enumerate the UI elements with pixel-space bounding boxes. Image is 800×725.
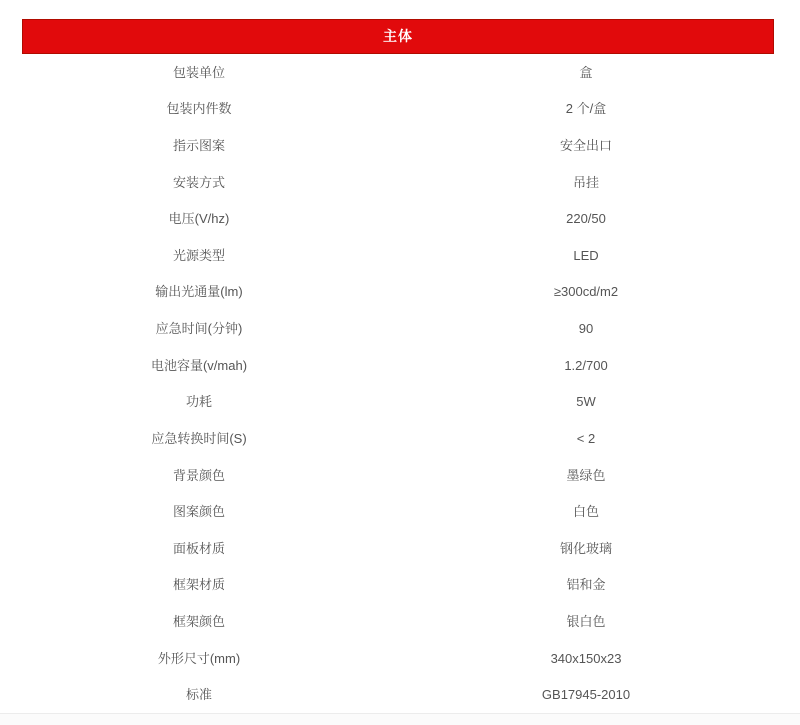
spec-label: 包装单位 [0, 66, 376, 79]
table-row: 包装单位盒 [0, 54, 800, 91]
spec-value: 1.2/700 [376, 359, 800, 372]
spec-value: 银白色 [376, 615, 800, 628]
spec-label: 框架颜色 [0, 615, 376, 628]
spec-label: 功耗 [0, 395, 376, 408]
spec-label: 安装方式 [0, 176, 376, 189]
spec-value: 盒 [376, 66, 800, 79]
spec-value: 340x150x23 [376, 652, 800, 665]
spec-label: 应急时间(分钟) [0, 322, 376, 335]
spec-value: 吊挂 [376, 176, 800, 189]
spec-label: 应急转换时间(S) [0, 432, 376, 445]
spec-value: ≥300cd/m2 [376, 285, 800, 298]
table-row: 输出光通量(lm)≥300cd/m2 [0, 274, 800, 311]
table-row: 框架颜色银白色 [0, 603, 800, 640]
section-header-banner: 主体 [22, 19, 774, 54]
spec-value: LED [376, 249, 800, 262]
table-row: 指示图案安全出口 [0, 127, 800, 164]
spec-label: 图案颜色 [0, 505, 376, 518]
spec-section: 主体 包装单位盒包装内件数2 个/盒指示图案安全出口安装方式吊挂电压(V/hz)… [0, 0, 800, 725]
spec-value: 铝和金 [376, 578, 800, 591]
spec-value: 220/50 [376, 212, 800, 225]
spec-value: 2 个/盒 [376, 102, 800, 115]
bottom-divider [0, 713, 800, 725]
table-row: 功耗5W [0, 383, 800, 420]
spec-value: 5W [376, 395, 800, 408]
table-row: 背景颜色墨绿色 [0, 457, 800, 494]
table-row: 应急转换时间(S)< 2 [0, 420, 800, 457]
spec-table: 包装单位盒包装内件数2 个/盒指示图案安全出口安装方式吊挂电压(V/hz)220… [0, 54, 800, 713]
table-row: 电压(V/hz)220/50 [0, 200, 800, 237]
table-row: 应急时间(分钟)90 [0, 310, 800, 347]
spec-label: 输出光通量(lm) [0, 285, 376, 298]
spec-label: 标准 [0, 688, 376, 701]
spec-label: 光源类型 [0, 249, 376, 262]
table-row: 安装方式吊挂 [0, 164, 800, 201]
table-row: 标准GB17945-2010 [0, 676, 800, 713]
table-row: 面板材质钢化玻璃 [0, 530, 800, 567]
spec-value: 安全出口 [376, 139, 800, 152]
spec-value: 白色 [376, 505, 800, 518]
table-row: 图案颜色白色 [0, 493, 800, 530]
spec-value: 墨绿色 [376, 469, 800, 482]
spec-value: 90 [376, 322, 800, 335]
spec-label: 面板材质 [0, 542, 376, 555]
spec-value: 钢化玻璃 [376, 542, 800, 555]
spec-label: 指示图案 [0, 139, 376, 152]
spec-label: 框架材质 [0, 578, 376, 591]
spec-label: 包装内件数 [0, 102, 376, 115]
spec-label: 电压(V/hz) [0, 212, 376, 225]
spec-label: 外形尺寸(mm) [0, 652, 376, 665]
spec-value: GB17945-2010 [376, 688, 800, 701]
spec-value: < 2 [376, 432, 800, 445]
table-row: 框架材质铝和金 [0, 567, 800, 604]
spec-label: 背景颜色 [0, 469, 376, 482]
table-row: 外形尺寸(mm)340x150x23 [0, 640, 800, 677]
spec-label: 电池容量(v/mah) [0, 359, 376, 372]
table-row: 包装内件数2 个/盒 [0, 91, 800, 128]
table-row: 电池容量(v/mah)1.2/700 [0, 347, 800, 384]
table-row: 光源类型LED [0, 237, 800, 274]
